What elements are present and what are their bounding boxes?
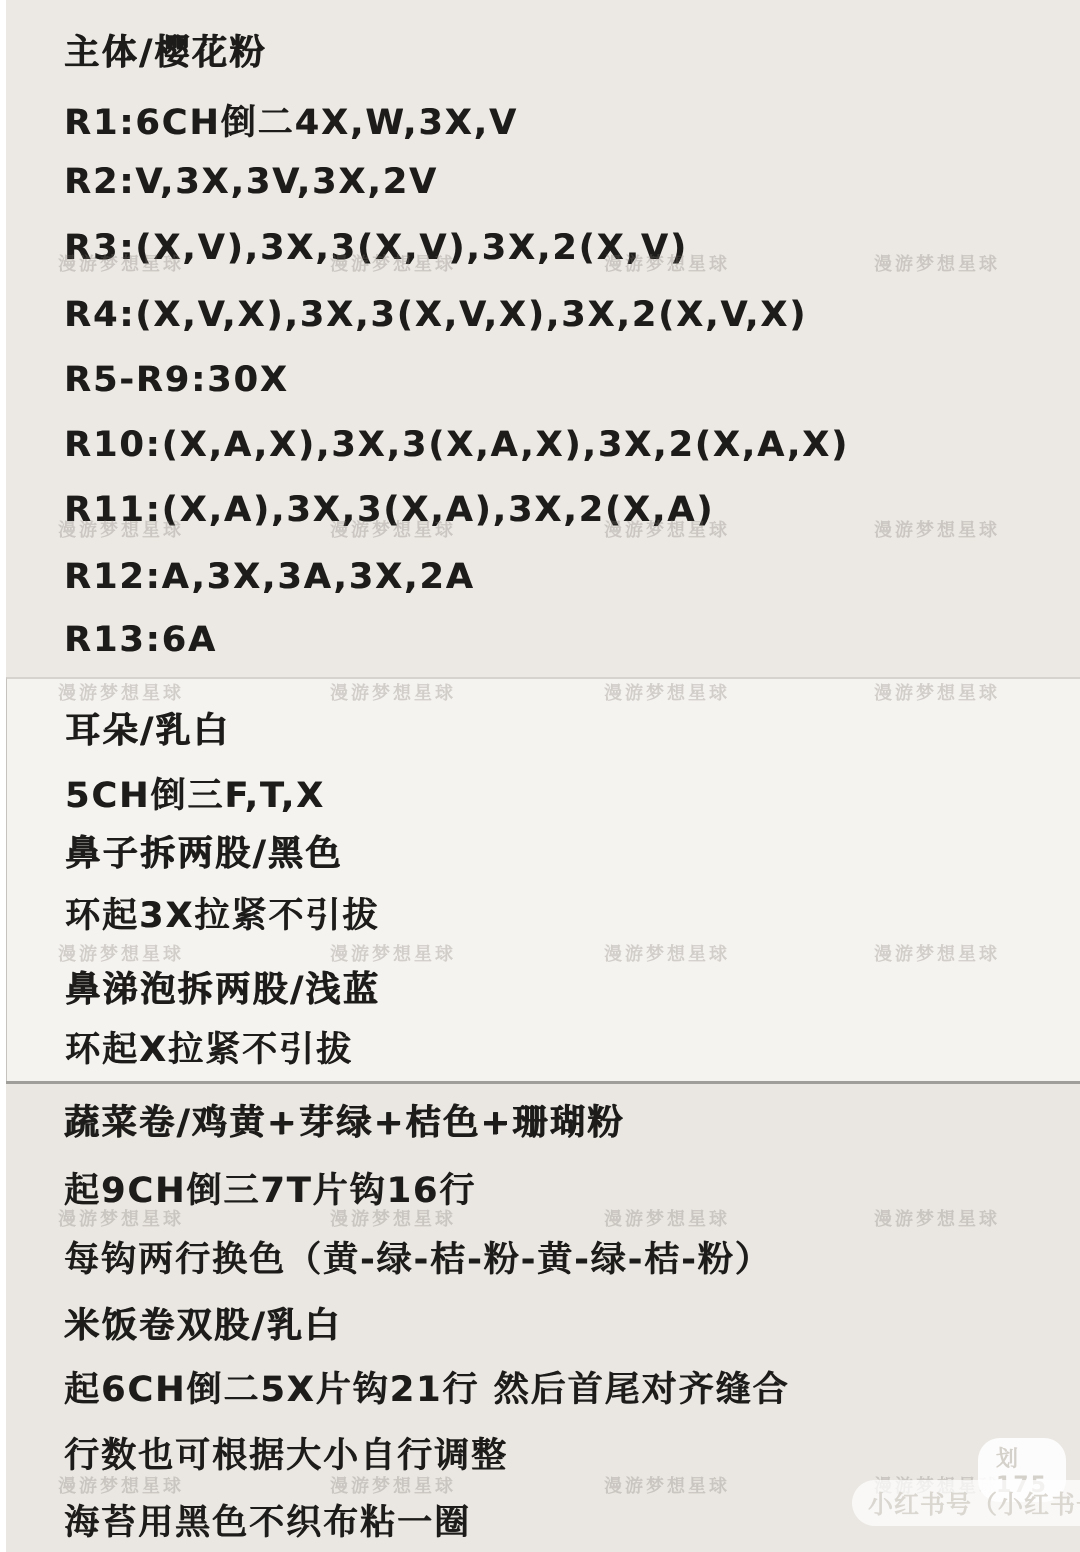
main-body-section: 主体/樱花粉R1:6CH倒二4X,W,3X,VR2:V,3X,3V,3X,2VR… [6,0,1080,677]
pattern-line: 5CH倒三F,T,X [65,768,325,818]
pattern-line: 环起3X拉紧不引拔 [65,888,379,938]
section-heading: 蔬菜卷/鸡黄+芽绿+桔色+珊瑚粉 [64,1095,625,1145]
pattern-line: 起9CH倒三7T片钩16行 [64,1163,476,1213]
pattern-line: R5-R9:30X [64,360,289,400]
section-heading: 鼻子拆两股/黑色 [65,826,343,876]
pattern-line: R2:V,3X,3V,3X,2V [64,162,438,202]
rolls-section: 蔬菜卷/鸡黄+芽绿+桔色+珊瑚粉起9CH倒三7T片钩16行每钩两行换色（黄-绿-… [6,1081,1080,1552]
pattern-line: R4:(X,V,X),3X,3(X,V,X),3X,2(X,V,X) [64,295,807,335]
section-heading: 鼻涕泡拆两股/浅蓝 [65,962,380,1012]
pattern-line: R12:A,3X,3A,3X,2A [64,557,475,597]
pattern-notes-page: 主体/樱花粉R1:6CH倒二4X,W,3X,VR2:V,3X,3V,3X,2VR… [0,0,1080,1552]
pattern-line: R13:6A [64,620,217,660]
ears-nose-section: 耳朵/乳白5CH倒三F,T,X鼻子拆两股/黑色环起3X拉紧不引拔鼻涕泡拆两股/浅… [6,677,1080,1081]
pattern-line: R3:(X,V),3X,3(X,V),3X,2(X,V) [64,228,688,268]
pattern-line: 每钩两行换色（黄-绿-桔-粉-黄-绿-桔-粉） [64,1232,772,1282]
pattern-line: 海苔用黑色不织布粘一圈 [64,1495,471,1545]
section-heading: 主体/樱花粉 [64,25,267,75]
section-heading: 米饭卷双股/乳白 [64,1298,342,1348]
section-heading: 耳朵/乳白 [65,703,230,753]
pattern-line: 行数也可根据大小自行调整 [64,1428,508,1478]
pattern-line: R11:(X,A),3X,3(X,A),3X,2(X,A) [64,490,714,530]
pattern-line: 起6CH倒二5X片钩21行 然后首尾对齐缝合 [64,1362,790,1412]
pattern-line: 环起X拉紧不引拔 [65,1022,353,1072]
pattern-line: R1:6CH倒二4X,W,3X,V [64,95,518,145]
pattern-line: R10:(X,A,X),3X,3(X,A,X),3X,2(X,A,X) [64,425,849,465]
